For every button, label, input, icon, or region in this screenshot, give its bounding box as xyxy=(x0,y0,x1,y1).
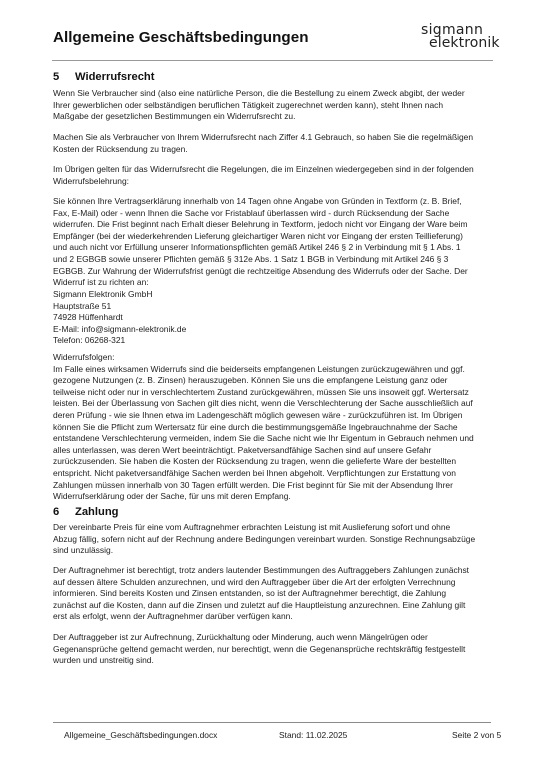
paragraph: Der Auftragnehmer ist berechtigt, trotz … xyxy=(53,565,503,623)
footer-filename: Allgemeine_Geschäftsbedingungen.docx xyxy=(64,730,217,740)
document-page: Allgemeine Geschäftsbedingungen sigmann … xyxy=(0,0,542,767)
header-divider xyxy=(52,60,493,61)
section-heading: 5Widerrufsrecht xyxy=(53,70,498,84)
paragraph: Wenn Sie Verbraucher sind (also eine nat… xyxy=(53,88,503,123)
section-number: 6 xyxy=(53,505,75,519)
section-widerrufsrecht: 5Widerrufsrecht xyxy=(53,70,498,84)
document-title: Allgemeine Geschäftsbedingungen xyxy=(53,29,309,46)
footer-divider xyxy=(53,722,491,723)
section-heading: 6Zahlung xyxy=(53,505,498,519)
footer-page-number: Seite 2 von 5 xyxy=(452,730,501,740)
paragraph: Der vereinbarte Preis für eine vom Auftr… xyxy=(53,522,503,557)
paragraph: Der Auftraggeber ist zur Aufrechnung, Zu… xyxy=(53,632,503,667)
section-number: 5 xyxy=(53,70,75,84)
section-zahlung: 6Zahlung xyxy=(53,505,498,519)
paragraph: Machen Sie als Verbraucher von Ihrem Wid… xyxy=(53,132,503,155)
logo-line-2: elektronik xyxy=(429,36,500,50)
section-title: Zahlung xyxy=(75,506,119,518)
section-title: Widerrufsrecht xyxy=(75,71,154,83)
company-logo: sigmann elektronik xyxy=(418,24,490,56)
paragraph: Im Übrigen gelten für das Widerrufsrecht… xyxy=(53,164,503,187)
footer-date: Stand: 11.02.2025 xyxy=(279,730,347,740)
paragraph: Sie können Ihre Vertragserklärung innerh… xyxy=(53,196,503,289)
paragraph: Widerrufsfolgen: Im Falle eines wirksame… xyxy=(53,352,503,503)
return-address: Sigmann Elektronik GmbH Hauptstraße 51 7… xyxy=(53,289,503,347)
